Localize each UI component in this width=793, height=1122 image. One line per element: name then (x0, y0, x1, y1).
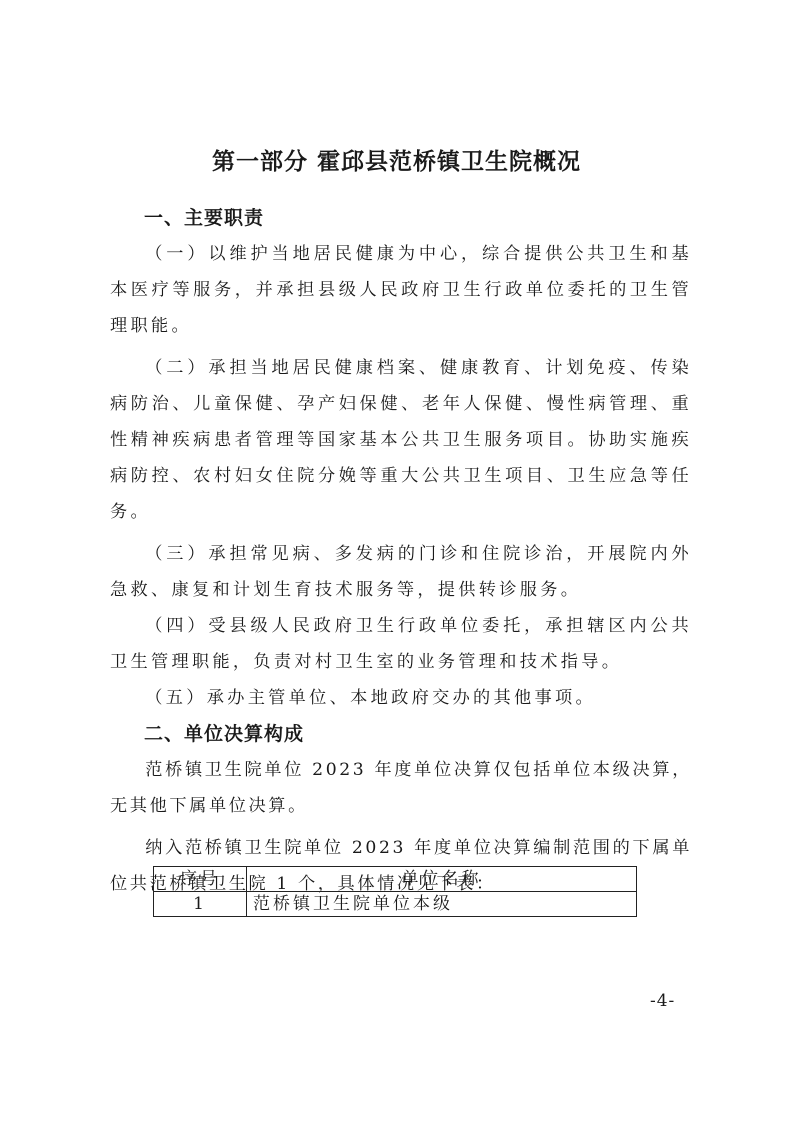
section-heading-budget-composition: 二、单位决算构成 (110, 716, 692, 752)
table-header-row: 序号 单位名称 (154, 867, 637, 892)
page-title: 第一部分 霍邱县范桥镇卫生院概况 (0, 146, 793, 178)
budget-paragraph-1: 范桥镇卫生院单位 2023 年度单位决算仅包括单位本级决算，无其他下属单位决算。 (110, 752, 692, 824)
unit-table: 序号 单位名称 1 范桥镇卫生院单位本级 (153, 866, 637, 917)
duty-paragraph-1: （一）以维护当地居民健康为中心，综合提供公共卫生和基本医疗等服务，并承担县级人民… (110, 236, 692, 344)
duty-paragraph-4: （四）受县级人民政府卫生行政单位委托，承担辖区内公共卫生管理职能，负责对村卫生室… (110, 608, 692, 680)
column-header-serial: 序号 (154, 867, 247, 892)
column-header-unit-name: 单位名称 (247, 867, 637, 892)
page-number: -4- (650, 991, 675, 1011)
duty-paragraph-3: （三）承担常见病、多发病的门诊和住院诊治，开展院内外急救、康复和计划生育技术服务… (110, 536, 692, 608)
cell-serial: 1 (154, 892, 247, 917)
table-row: 1 范桥镇卫生院单位本级 (154, 892, 637, 917)
duty-paragraph-2: （二）承担当地居民健康档案、健康教育、计划免疫、传染病防治、儿童保健、孕产妇保健… (110, 350, 692, 530)
document-body: 一、主要职责 （一）以维护当地居民健康为中心，综合提供公共卫生和基本医疗等服务，… (110, 200, 692, 902)
duty-paragraph-5: （五）承办主管单位、本地政府交办的其他事项。 (110, 680, 692, 716)
cell-unit-name: 范桥镇卫生院单位本级 (247, 892, 637, 917)
section-heading-main-duties: 一、主要职责 (110, 200, 692, 236)
